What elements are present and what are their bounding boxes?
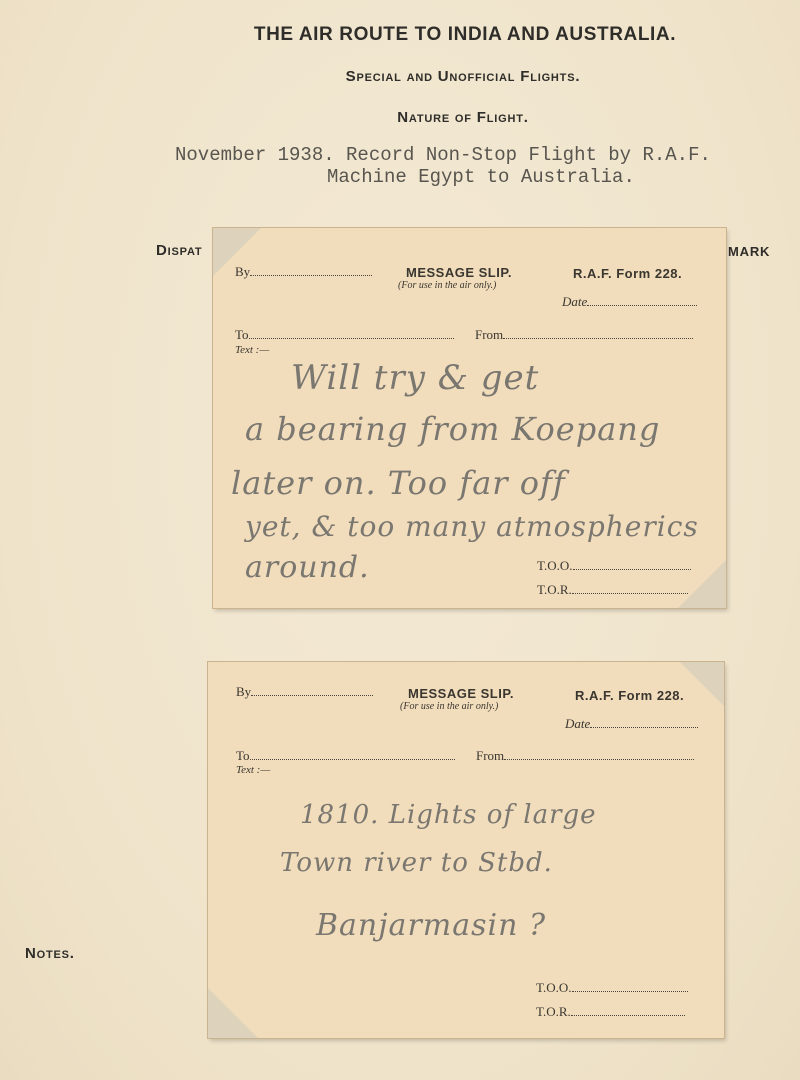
date-field: Date: [562, 294, 697, 310]
page-title: THE AIR ROUTE TO INDIA AND AUSTRALIA.: [0, 24, 800, 46]
handwritten-line: yet, & too many atmospherics: [245, 510, 699, 543]
message-slip-1: By MESSAGE SLIP. (For use in the air onl…: [213, 228, 726, 608]
handwritten-line: later on. Too far off: [231, 464, 566, 502]
from-field: From: [475, 327, 693, 343]
typed-line-2: Machine Egypt to Australia.: [175, 166, 635, 188]
to-field: To: [235, 327, 454, 343]
handwritten-line: around.: [245, 550, 370, 585]
by-field: By: [236, 684, 373, 700]
section-heading: Nature of Flight.: [0, 109, 800, 126]
dispatch-label: Dispat: [156, 242, 202, 259]
typed-line-1: November 1938. Record Non-Stop Flight by…: [175, 144, 711, 166]
form-number: R.A.F. Form 228.: [573, 266, 682, 281]
from-field: From: [476, 748, 694, 764]
mark-label: MARK: [728, 244, 770, 259]
form-number: R.A.F. Form 228.: [575, 688, 684, 703]
slip-heading-note: (For use in the air only.): [398, 280, 496, 291]
text-label: Text :—: [235, 344, 269, 356]
too-field: T.O.O.: [537, 558, 691, 574]
text-label: Text :—: [236, 764, 270, 776]
handwritten-line: Town river to Stbd.: [280, 848, 553, 878]
typed-description: November 1938. Record Non-Stop Flight by…: [175, 144, 711, 188]
tor-field: T.O.R.: [536, 1004, 685, 1020]
date-field: Date: [565, 716, 698, 732]
slip-heading-note: (For use in the air only.): [400, 701, 498, 712]
handwritten-line: 1810. Lights of large: [300, 800, 597, 830]
notes-label: Notes.: [25, 945, 75, 962]
photo-corner: [208, 988, 258, 1038]
by-field: By: [235, 264, 372, 280]
to-field: To: [236, 748, 455, 764]
photo-corner: [680, 662, 724, 706]
page-subtitle: Special and Unofficial Flights.: [0, 68, 800, 85]
handwritten-line: Will try & get: [291, 358, 539, 398]
message-slip-2: By MESSAGE SLIP. (For use in the air onl…: [208, 662, 724, 1038]
tor-field: T.O.R.: [537, 582, 688, 598]
handwritten-line: Banjarmasin ?: [316, 908, 546, 943]
slip-heading: MESSAGE SLIP.: [406, 265, 512, 280]
slip-heading: MESSAGE SLIP.: [408, 686, 514, 701]
handwritten-line: a bearing from Koepang: [245, 410, 660, 448]
too-field: T.O.O.: [536, 980, 688, 996]
